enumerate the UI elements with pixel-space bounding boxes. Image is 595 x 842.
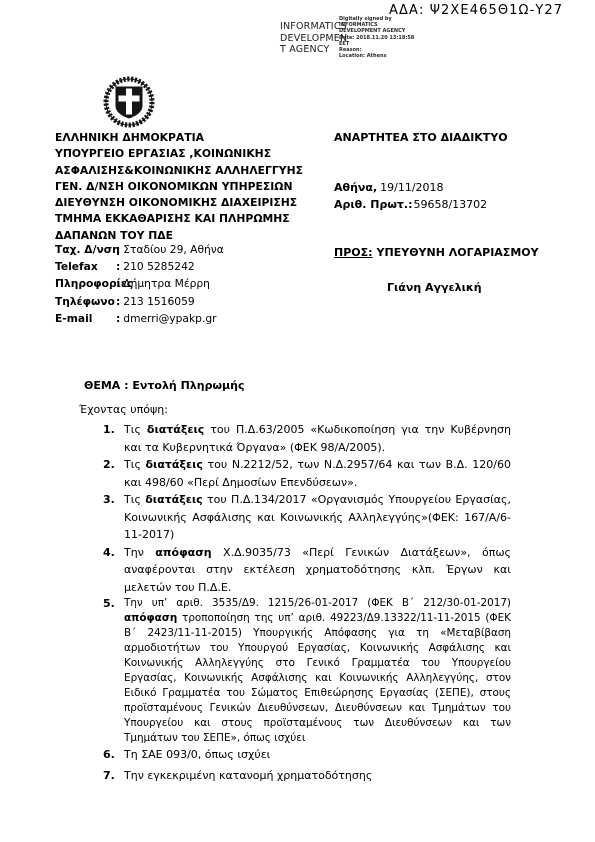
item-number: 5.	[103, 596, 124, 746]
item-text: Τις διατάξεις του Ν.2212/52, των Ν.Δ.295…	[124, 456, 511, 491]
protocol-line: Αριθ. Πρωτ.:59658/13702	[334, 198, 487, 211]
item-number: 3.	[103, 491, 124, 544]
org-line: ΑΣΦΑΛΙΣΗΣ&ΚΟΙΝΩΝΙΚΗΣ ΑΛΛΗΛΕΓΓΥΗΣ	[55, 163, 303, 179]
contact-row-information: Πληροφορίες:Δήμητρα Μέρρη	[55, 277, 224, 294]
issuing-authority-block: ΕΛΛΗΝΙΚΗ ΔΗΜΟΚΡΑΤΙΑ ΥΠΟΥΡΓΕΙΟ ΕΡΓΑΣΙΑΣ ,…	[55, 130, 303, 244]
recipient-line: ΠΡΟΣ:ΥΠΕΥΘΥΝΗ ΛΟΓΑΡΙΑΣΜΟΥ	[334, 246, 539, 259]
contact-value: 210 5285242	[123, 260, 194, 273]
contact-value: 213 1516059	[123, 295, 194, 308]
signature-agency-line: DEVELOPMEN	[280, 33, 346, 45]
to-value: ΥΠΕΥΘΥΝΗ ΛΟΓΑΡΙΑΣΜΟΥ	[377, 246, 539, 259]
list-item: 7.Την εγκεκριμένη κατανομή χρηματοδότηση…	[103, 767, 511, 785]
subject-line: ΘΕΜΑ : Εντολή Πληρωμής	[84, 379, 244, 392]
signature-detail-line: Date: 2018.11.20 13:18:58	[339, 35, 414, 41]
item-text: Τις διατάξεις του Π.Δ.134/2017 «Οργανισμ…	[124, 491, 511, 544]
list-item: 6.Τη ΣΑΕ 093/0, όπως ισχύει	[103, 746, 511, 764]
contact-value: Δήμητρα Μέρρη	[123, 277, 210, 290]
contact-label: Telefax	[55, 260, 116, 273]
recipient-person: Γιάνη Αγγελική	[387, 281, 482, 294]
contact-row-telefax: Telefax:210 5285242	[55, 260, 224, 277]
contact-value: Σταδίου 29, Αθήνα	[123, 243, 224, 256]
contact-label: Τηλέφωνο	[55, 295, 116, 308]
date-value: 19/11/2018	[380, 181, 443, 194]
item-text: Την υπ’ αριθ. 3535/Δ9. 1215/26-01-2017 (…	[124, 596, 511, 746]
contact-separator: :	[116, 295, 120, 308]
contact-label: Πληροφορίες	[55, 277, 116, 290]
org-line: ΔΑΠΑΝΩΝ ΤΟΥ ΠΔΕ	[55, 228, 303, 244]
list-item: 5.Την υπ’ αριθ. 3535/Δ9. 1215/26-01-2017…	[103, 596, 511, 746]
digital-signature-details: Digitally signed by INFORMATICS DEVELOPM…	[339, 16, 414, 59]
list-item: 2.Τις διατάξεις του Ν.2212/52, των Ν.Δ.2…	[103, 456, 511, 491]
item-text: Την απόφαση Χ.Δ.9035/73 «Περί Γενικών Δι…	[124, 544, 511, 597]
signature-agency-name: INFORMATICS DEVELOPMEN T AGENCY	[280, 21, 346, 56]
org-line: ΔΙΕΥΘΥΝΣΗ ΟΙΚΟΝΟΜΙΚΗΣ ΔΙΑΧΕΙΡΙΣΗΣ	[55, 195, 303, 211]
contact-label: E-mail	[55, 312, 116, 325]
contact-row-phone: Τηλέφωνο:213 1516059	[55, 295, 224, 312]
ada-code: ΑΔΑ: Ψ2ΧΕ465Θ1Ω-Υ27	[389, 3, 563, 18]
legal-references-list: 1.Τις διατάξεις του Π.Δ.63/2005 «Κωδικοπ…	[103, 421, 511, 784]
signature-detail-line: DEVELOPMENT AGENCY	[339, 28, 414, 34]
publish-notice: ΑΝΑΡΤΗΤΕΑ ΣΤΟ ΔΙΑΔΙΚΤΥΟ	[334, 131, 508, 144]
item-text: Τις διατάξεις του Π.Δ.63/2005 «Κωδικοποί…	[124, 421, 511, 456]
contact-label: Ταχ. Δ/νση	[55, 243, 116, 256]
document-page: ΑΔΑ: Ψ2ΧΕ465Θ1Ω-Υ27 INFORMATICS DEVELOPM…	[0, 0, 595, 842]
signature-agency-line: T AGENCY	[280, 44, 346, 56]
item-number: 6.	[103, 746, 124, 764]
signature-agency-line: INFORMATICS	[280, 21, 346, 33]
item-number: 1.	[103, 421, 124, 456]
org-line: ΥΠΟΥΡΓΕΙΟ ΕΡΓΑΣΙΑΣ ,ΚΟΙΝΩΝΙΚΗΣ	[55, 146, 303, 162]
to-label: ΠΡΟΣ:	[334, 246, 373, 259]
org-line: ΓΕΝ. Δ/ΝΣΗ ΟΙΚΟΝΟΜΙΚΩΝ ΥΠΗΡΕΣΙΩΝ	[55, 179, 303, 195]
item-number: 4.	[103, 544, 124, 597]
list-item: 3.Τις διατάξεις του Π.Δ.134/2017 «Οργανι…	[103, 491, 511, 544]
contact-row-email: E-mail:dmerri@ypakp.gr	[55, 312, 224, 329]
contact-value: dmerri@ypakp.gr	[123, 312, 216, 325]
protocol-label: Αριθ. Πρωτ.:	[334, 198, 412, 211]
list-item: 4.Την απόφαση Χ.Δ.9035/73 «Περί Γενικών …	[103, 544, 511, 597]
protocol-value: 59658/13702	[413, 198, 487, 211]
org-line: ΤΜΗΜΑ ΕΚΚΑΘΑΡΙΣΗΣ ΚΑΙ ΠΛΗΡΩΜΗΣ	[55, 211, 303, 227]
contact-row-address: Ταχ. Δ/νση:Σταδίου 29, Αθήνα	[55, 243, 224, 260]
contact-separator: :	[116, 312, 120, 325]
greek-national-emblem-icon	[100, 76, 158, 130]
contact-separator: :	[116, 277, 120, 290]
item-text: Τη ΣΑΕ 093/0, όπως ισχύει	[124, 746, 511, 764]
intro-line: Έχοντας υπόψη:	[79, 403, 168, 416]
org-line: ΕΛΛΗΝΙΚΗ ΔΗΜΟΚΡΑΤΙΑ	[55, 130, 303, 146]
contact-details-block: Ταχ. Δ/νση:Σταδίου 29, Αθήνα Telefax:210…	[55, 243, 224, 329]
contact-separator: :	[116, 260, 120, 273]
item-number: 7.	[103, 767, 124, 785]
signature-detail-line: Location: Athens	[339, 53, 414, 59]
city-date-line: Αθήνα,19/11/2018	[334, 181, 444, 194]
contact-separator: :	[116, 243, 120, 256]
city-label: Αθήνα,	[334, 181, 377, 194]
item-text: Την εγκεκριμένη κατανομή χρηματοδότησης	[124, 767, 511, 785]
list-item: 1.Τις διατάξεις του Π.Δ.63/2005 «Κωδικοπ…	[103, 421, 511, 456]
item-number: 2.	[103, 456, 124, 491]
